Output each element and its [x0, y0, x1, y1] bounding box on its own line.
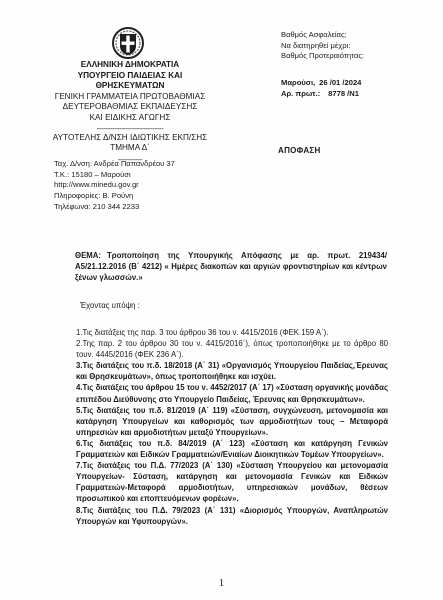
provision-item: 5.Τις διατάξεις του π.δ. 81/2019 (Α΄ 119…	[76, 405, 388, 438]
provision-item: 1.Τις διατάξεις της παρ. 3 του άρθρου 36…	[76, 327, 388, 338]
address: Ταχ. Δ/νση: Ανδρέα Παπανδρέου 37	[54, 159, 175, 170]
provision-item: 3.Τις διατάξεις του π.δ. 18/2018 (Α΄ 31)…	[76, 360, 388, 382]
provision-item: 4.Τις διατάξεις του άρθρου 15 του ν. 445…	[76, 382, 388, 404]
provisions-list: 1.Τις διατάξεις της παρ. 3 του άρθρου 36…	[76, 327, 388, 527]
document-type-title: ΑΠΟΦΑΣΗ	[278, 146, 321, 155]
document-date: 26 /01 /2024	[319, 78, 361, 87]
general-secretariat-line3: ΚΑΙ ΕΙΔΙΚΗΣ ΑΓΩΓΗΣ	[30, 113, 230, 124]
priority-level-label: Βαθμός Προτεραιότητας:	[281, 51, 364, 62]
provision-item: 2.Της παρ. 2 του άρθρου 30 του ν. 4415/2…	[76, 338, 388, 360]
considering-heading: Έχοντας υπόψη :	[80, 300, 140, 311]
contact-info: Ταχ. Δ/νση: Ανδρέα Παπανδρέου 37 Τ.Κ.: 1…	[54, 159, 175, 213]
retain-until-label: Να διατηρηθεί μέχρι:	[281, 41, 364, 52]
date-protocol-block: Μαρούσι,26 /01 /2024 Αρ. πρωτ.:8778 /Ν1	[281, 78, 361, 99]
postal-code: Τ.Κ.: 15180 – Μαρούσι	[54, 170, 175, 181]
subject-label: ΘΕΜΑ:	[75, 251, 101, 260]
page-number: 1	[0, 577, 443, 589]
document-page: ΕΛΛΗΝΙΚΗ ΔΗΜΟΚΡΑΤΙΑ ΥΠΟΥΡΓΕΙΟ ΠΑΙΔΕΙΑΣ Κ…	[0, 0, 443, 600]
classification-block: Βαθμός Ασφαλείας: Να διατηρηθεί μέχρι: Β…	[281, 30, 364, 62]
website-link[interactable]: http://www.minedu.gov.gr	[54, 180, 175, 191]
general-secretariat-line1: ΓΕΝΙΚΗ ΓΡΑΜΜΑΤΕΙΑ ΠΡΩΤΟΒΑΘΜΙΑΣ	[30, 92, 230, 103]
separator: ------------------------------	[30, 124, 230, 133]
greek-emblem-icon	[110, 26, 146, 60]
protocol-label: Αρ. πρωτ.:	[281, 89, 320, 98]
department-name: ΤΜΗΜΑ Δ΄	[30, 143, 230, 154]
subject-text: Τροποποίηση της Υπουργικής Απόφασης με α…	[75, 251, 387, 282]
directorate-name: ΑΥΤΟΤΕΛΗΣ Δ/ΝΣΗ ΙΔΙΩΤΙΚΗΣ ΕΚΠ/ΣΗΣ	[30, 133, 230, 144]
country-name: ΕΛΛΗΝΙΚΗ ΔΗΜΟΚΡΑΤΙΑ	[30, 60, 230, 71]
protocol-number: 8778 /Ν1	[328, 89, 359, 98]
provision-item: 6.Τις διατάξεις του π.δ. 84/2019 (Α΄ 123…	[76, 438, 388, 460]
info-contact: Πληροφορίες: Β. Ρούνη	[54, 191, 175, 202]
protocol-row: Αρ. πρωτ.:8778 /Ν1	[281, 89, 361, 100]
subject-paragraph: ΘΕΜΑ:Τροποποίηση της Υπουργικής Απόφασης…	[75, 250, 387, 284]
ministry-name-line2: ΘΡΗΣΚΕΥΜΑΤΩΝ	[30, 81, 230, 92]
ministry-name-line1: ΥΠΟΥΡΓΕΙΟ ΠΑΙΔΕΙΑΣ ΚΑΙ	[30, 71, 230, 82]
provision-item: 7.Τις διατάξεις του Π.Δ. 77/2023 (Α΄ 130…	[76, 460, 388, 504]
general-secretariat-line2: ΔΕΥΤΕΡΟΒΑΘΜΙΑΣ ΕΚΠΑΙΔΕΥΣΗΣ	[30, 102, 230, 113]
phone-number: Τηλέφωνα: 210 344 2233	[54, 202, 175, 213]
provision-item: 8.Τις διατάξεις του Π.Δ. 79/2023 (Α΄ 131…	[76, 505, 388, 527]
place-date-row: Μαρούσι,26 /01 /2024	[281, 78, 361, 89]
place-label: Μαρούσι,	[281, 78, 315, 87]
security-level-label: Βαθμός Ασφαλείας:	[281, 30, 364, 41]
issuer-header: ΕΛΛΗΝΙΚΗ ΔΗΜΟΚΡΑΤΙΑ ΥΠΟΥΡΓΕΙΟ ΠΑΙΔΕΙΑΣ Κ…	[30, 60, 230, 164]
